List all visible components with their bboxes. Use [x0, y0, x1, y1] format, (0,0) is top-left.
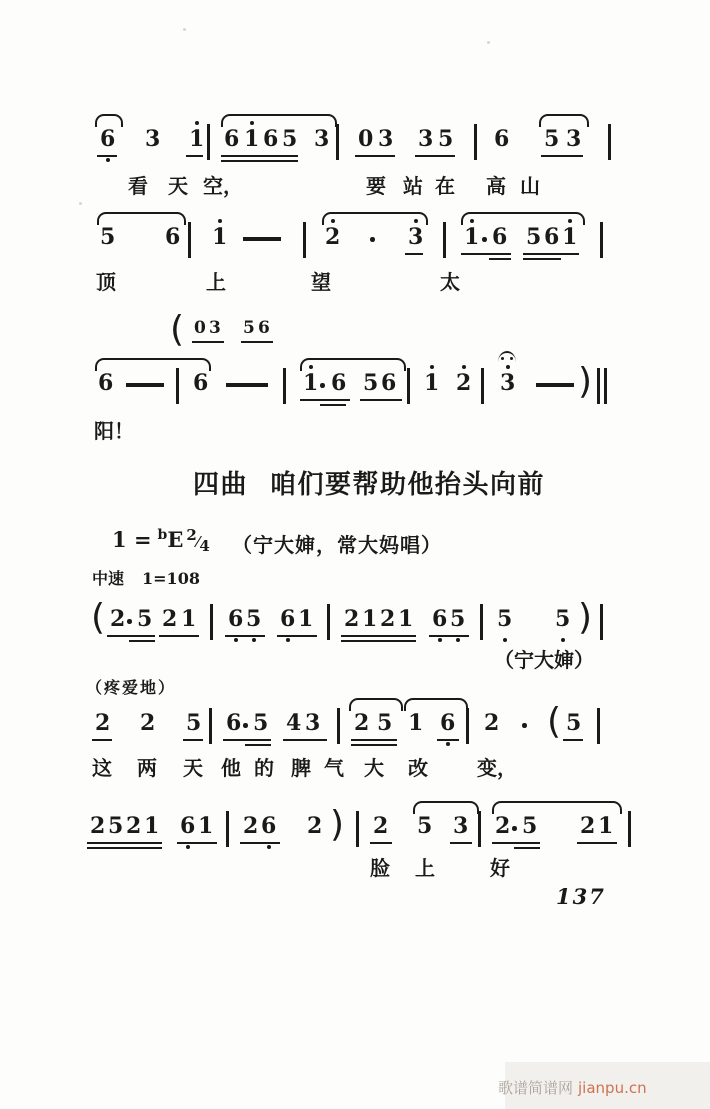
note-token: 6 [494, 128, 509, 150]
ornament-dot [510, 357, 513, 360]
beam-underline [370, 842, 392, 844]
page-number: 137 [556, 884, 606, 909]
note-token: 5 [450, 608, 465, 630]
barline [327, 604, 330, 640]
barline [188, 222, 191, 258]
ornament-arc [498, 351, 516, 362]
slur-arc [97, 212, 186, 225]
augmentation-dot [370, 237, 375, 242]
note-token: 1 [212, 226, 227, 248]
beam-underline [97, 155, 117, 157]
note-token: 6 [492, 226, 507, 248]
barline [209, 708, 212, 744]
beam-underline [355, 155, 395, 157]
note-token: 1 [562, 226, 577, 248]
lyric-syllable: 站 [403, 170, 423, 199]
lyric-syllable: 天 [168, 170, 188, 199]
note-token: 6 [98, 372, 113, 394]
augmentation-dot [522, 723, 527, 728]
lyric-syllable: 脸 [370, 852, 390, 881]
dash-note [126, 383, 164, 387]
metronome-value: 1=108 [142, 569, 200, 588]
dash-note [226, 383, 268, 387]
barline [480, 604, 483, 640]
phrase-paren: ) [578, 364, 592, 400]
beam-underline [523, 258, 561, 260]
lyric-syllable: 大 [364, 752, 384, 781]
beam-underline [341, 635, 416, 637]
note-token: 5 [186, 712, 201, 734]
note-token: 6 [440, 712, 455, 734]
barline [628, 811, 631, 847]
note-token: 1 [244, 128, 259, 150]
beam-underline [92, 739, 112, 741]
beam-underline [523, 253, 579, 255]
scan-speck [487, 41, 490, 44]
note-token: 5 [417, 815, 432, 837]
tempo-label: 中速 [92, 569, 124, 588]
phrase-paren: ) [578, 600, 592, 636]
watermark-site-url[interactable]: jianpu.cn [578, 1079, 647, 1097]
note-token: 3 [305, 712, 320, 734]
lyric-syllable: 气 [324, 752, 344, 781]
augmentation-dot [512, 826, 517, 831]
octave-dot-below [234, 638, 238, 642]
barline [176, 368, 179, 404]
beam-underline [192, 341, 224, 343]
octave-dot-below [446, 742, 450, 746]
note-token: 5 [246, 608, 261, 630]
augmentation-dot [320, 383, 325, 388]
barline [283, 368, 286, 404]
note-token: 5 [137, 608, 152, 630]
beam-underline [405, 253, 423, 255]
note-token: 1 [303, 372, 318, 394]
octave-dot-below [286, 638, 290, 642]
note-token: 5 [363, 372, 378, 394]
beam-underline [225, 635, 265, 637]
note-token: 2 [307, 815, 322, 837]
note-token: 2 [354, 712, 369, 734]
note-token: 2 [344, 608, 359, 630]
barline [466, 708, 469, 744]
note-token: 6 [224, 128, 239, 150]
note-token: 1 [198, 815, 213, 837]
note-token: 0 [358, 128, 373, 150]
key-signature: 1 =bE2⁄4 [112, 527, 210, 552]
beam-underline [360, 399, 402, 401]
note-token: 5 [522, 815, 537, 837]
beam-underline [183, 739, 203, 741]
phrase-paren: ( [91, 600, 105, 636]
note-token: 2 [456, 372, 471, 394]
note-token: 5 [377, 712, 392, 734]
phrase-paren: ( [547, 704, 561, 740]
key-letter: E [167, 527, 183, 552]
note-token: 6 [180, 815, 195, 837]
barline [478, 811, 481, 847]
beam-underline [541, 155, 583, 157]
note-token: 2 [580, 815, 595, 837]
barline [210, 604, 213, 640]
octave-dot-below [438, 638, 442, 642]
note-token: 3 [145, 128, 160, 150]
note-token: 2 [325, 226, 340, 248]
lyric-syllable: 高 [486, 170, 506, 199]
beam-underline [320, 404, 346, 406]
slur-arc [404, 698, 468, 711]
note-token: 6 [165, 226, 180, 248]
beam-underline [240, 842, 280, 844]
note-token: 1 [181, 608, 196, 630]
dash-note [536, 383, 574, 387]
singer-cue: （宁大婶） [494, 644, 594, 673]
slur-arc [322, 212, 428, 225]
beam-underline [489, 258, 511, 260]
note-token: 2 [162, 608, 177, 630]
dash-note [243, 237, 281, 241]
sheet-music-page: 631616530335653看天空，要站在高山5612316561顶上望太(0… [0, 0, 710, 1109]
slur-arc [95, 114, 123, 127]
expression-mark: （疼爱地） [86, 675, 176, 698]
note-token: 6 [280, 608, 295, 630]
barline [600, 604, 603, 640]
note-token: 1 [598, 815, 613, 837]
note-token: 5 [555, 608, 570, 630]
note-token: 6 [193, 372, 208, 394]
beam-underline [245, 744, 271, 746]
note-token: 5 [497, 608, 512, 630]
augmentation-dot [482, 237, 487, 242]
barline [207, 124, 210, 160]
augmentation-dot [127, 619, 132, 624]
note-token: 6 [261, 815, 276, 837]
note-token: 4 [286, 712, 301, 734]
song-title: 四曲咱们要帮助他抬头向前 [193, 464, 545, 501]
beam-underline [563, 739, 583, 741]
flat-symbol: b [158, 527, 168, 543]
barline [600, 222, 603, 258]
slur-arc [95, 358, 211, 371]
phrase-paren: ) [330, 807, 344, 843]
beam-underline [577, 842, 617, 844]
lyric-syllable: 太 [440, 266, 460, 295]
barline [481, 368, 484, 404]
lyric-syllable: 望 [311, 266, 331, 295]
lyric-syllable: 要 [366, 170, 386, 199]
note-token: 5 [282, 128, 297, 150]
beam-underline [107, 635, 155, 637]
beam-underline [129, 640, 155, 642]
note-token: 5 [526, 226, 541, 248]
note-token: 6 [544, 226, 559, 248]
note-token: 6 [432, 608, 447, 630]
performers-note: （宁大婶，常大妈唱） [232, 529, 442, 558]
octave-dot-above [430, 365, 434, 369]
note-token: 5 [544, 128, 559, 150]
note-token: 3 [378, 128, 393, 150]
beam-underline [283, 739, 327, 741]
barline [597, 708, 600, 744]
lyric-syllable: 上 [206, 266, 226, 295]
note-token: 1 [298, 608, 313, 630]
barline [336, 124, 339, 160]
beam-underline [87, 842, 162, 844]
beam-underline [300, 399, 350, 401]
beam-underline [223, 739, 271, 741]
slur-arc [349, 698, 403, 711]
note-token: 3 [209, 320, 221, 337]
tempo-marking: 中速1=108 [92, 566, 200, 589]
note-token: 5 [566, 712, 581, 734]
augmentation-dot [243, 723, 248, 728]
beam-underline [429, 635, 469, 637]
beam-underline [159, 635, 199, 637]
lyric-syllable: 上 [415, 852, 435, 881]
note-token: 5 [243, 320, 255, 337]
beam-underline [186, 155, 203, 157]
note-token: 1 [362, 608, 377, 630]
slur-arc [492, 801, 622, 814]
beam-underline [437, 739, 459, 741]
note-token: 5 [108, 815, 123, 837]
lyric-syllable: 变， [477, 752, 517, 781]
lyric-syllable: 空， [203, 170, 243, 199]
lyric-syllable: 两 [137, 752, 157, 781]
watermark-site-name: 歌谱简谱网 [498, 1079, 573, 1097]
note-token: 6 [263, 128, 278, 150]
note-token: 2 [484, 712, 499, 734]
note-token: 3 [418, 128, 433, 150]
barline [407, 368, 410, 404]
note-token: 1 [424, 372, 439, 394]
song-title-text: 咱们要帮助他抬头向前 [270, 470, 545, 500]
note-token: 0 [194, 320, 206, 337]
octave-dot-below [503, 638, 507, 642]
note-token: 2 [126, 815, 141, 837]
barline [608, 124, 611, 160]
octave-dot-above [506, 365, 510, 369]
beam-underline [461, 253, 511, 255]
lyric-syllable: 这 [92, 752, 112, 781]
final-barline [597, 368, 600, 404]
beam-underline [341, 640, 416, 642]
beam-underline [177, 842, 217, 844]
note-token: 3 [453, 815, 468, 837]
song-number-label: 四曲 [193, 470, 248, 500]
beam-underline [87, 847, 162, 849]
beam-underline [415, 155, 455, 157]
note-token: 1 [144, 815, 159, 837]
barline [226, 811, 229, 847]
scan-speck [79, 202, 82, 205]
note-token: 2 [140, 712, 155, 734]
octave-dot-above [195, 121, 199, 125]
octave-dot-below [561, 638, 565, 642]
note-token: 5 [253, 712, 268, 734]
beam-underline [351, 744, 397, 746]
note-token: 1 [464, 226, 479, 248]
slur-arc [300, 358, 406, 371]
lyric-syllable: 看 [128, 170, 148, 199]
lyric-syllable: 在 [435, 170, 455, 199]
note-token: 2 [373, 815, 388, 837]
lyric-syllable: 改 [408, 752, 428, 781]
octave-dot-below [456, 638, 460, 642]
slur-arc [221, 114, 337, 127]
beam-underline [351, 739, 397, 741]
note-token: 5 [100, 226, 115, 248]
note-token: 6 [228, 608, 243, 630]
note-token: 2 [495, 815, 510, 837]
time-signature: 2⁄4 [186, 533, 209, 551]
watermark: 歌谱简谱网jianpu.cn [498, 1077, 647, 1098]
beam-underline [492, 842, 540, 844]
note-token: 6 [331, 372, 346, 394]
beam-underline [221, 155, 298, 157]
barline [303, 222, 306, 258]
note-token: 6 [100, 128, 115, 150]
octave-dot-above [218, 219, 222, 223]
lyric-syllable: 顶 [96, 266, 116, 295]
barline [337, 708, 340, 744]
meter-numerator: 2 [186, 526, 196, 544]
slur-arc [461, 212, 585, 225]
note-token: 6 [258, 320, 270, 337]
phrase-paren: ( [170, 312, 184, 348]
note-token: 2 [90, 815, 105, 837]
lyric-syllable: 脾 [291, 752, 311, 781]
note-token: 2 [95, 712, 110, 734]
beam-underline [450, 842, 472, 844]
lyric-syllable: 山 [520, 170, 540, 199]
lyric-syllable: 天 [183, 752, 203, 781]
barline [356, 811, 359, 847]
beam-underline [277, 635, 317, 637]
note-token: 1 [189, 128, 204, 150]
lyric-syllable: 的 [254, 752, 274, 781]
ornament-dot [501, 357, 504, 360]
note-token: 2 [243, 815, 258, 837]
key-equals: = [134, 527, 152, 552]
note-token: 2 [110, 608, 125, 630]
octave-dot-below [106, 158, 110, 162]
scan-speck [183, 28, 186, 31]
note-token: 3 [566, 128, 581, 150]
note-token: 3 [408, 226, 423, 248]
octave-dot-above [462, 365, 466, 369]
barline [443, 222, 446, 258]
note-token: 3 [314, 128, 329, 150]
slur-arc [413, 801, 479, 814]
lyric-syllable: 阳！ [94, 415, 134, 444]
lyric-syllable: 他 [221, 752, 241, 781]
beam-underline [514, 847, 540, 849]
beam-underline [241, 341, 273, 343]
octave-dot-below [252, 638, 256, 642]
key-tonic: 1 [112, 527, 127, 552]
note-token: 2 [380, 608, 395, 630]
beam-underline [221, 160, 298, 162]
meter-denominator: 4 [199, 537, 209, 555]
note-token: 6 [381, 372, 396, 394]
lyric-syllable: 好 [490, 852, 510, 881]
note-token: 3 [500, 372, 515, 394]
note-token: 5 [438, 128, 453, 150]
octave-dot-below [186, 845, 190, 849]
barline [474, 124, 477, 160]
slur-arc [539, 114, 589, 127]
note-token: 1 [398, 608, 413, 630]
octave-dot-below [267, 845, 271, 849]
note-token: 6 [226, 712, 241, 734]
note-token: 1 [408, 712, 423, 734]
